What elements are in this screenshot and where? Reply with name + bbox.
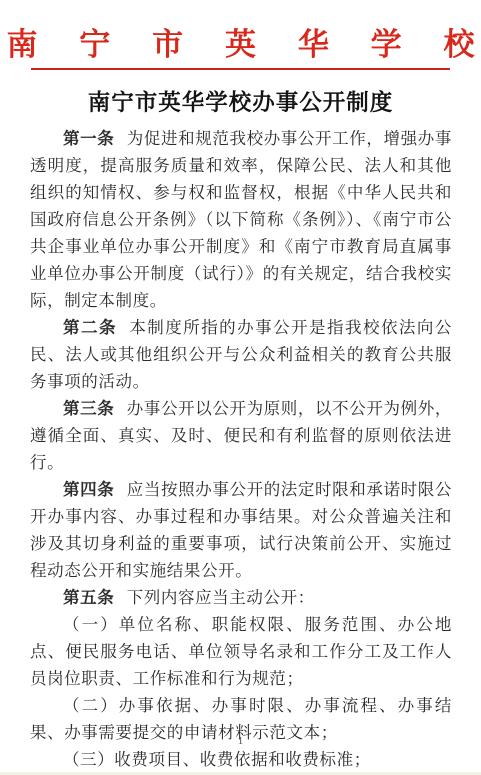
document-list-item-3: （三）收费项目、收费依据和收费标准； [30, 746, 452, 773]
document-paragraph-article-5: 第五条下列内容应当主动公开： [30, 584, 452, 611]
document-paragraph-article-2: 第二条本制度所指的办事公开是指我校依法向公民、法人或其他组织公开与公众利益相关的… [30, 314, 452, 395]
page-number: 1 [0, 735, 481, 747]
article-number-label: 第四条 [63, 480, 114, 499]
paragraph-text: （一）单位名称、职能权限、服务范围、办公地点、便民服务电话、单位领导名录和工作分… [30, 615, 452, 688]
article-number-label: 第三条 [63, 399, 114, 418]
document-page: 南 宁 市 英 华 学 校 南宁市英华学校办事公开制度 第一条为促进和规范我校办… [0, 0, 481, 775]
letterhead-divider-rule [31, 68, 450, 70]
document-paragraph-article-4: 第四条应当按照办事公开的法定时限和承诺时限公开办事内容、办事过程和办事结果。对公… [30, 476, 452, 584]
school-name-heading: 南 宁 市 英 华 学 校 [6, 27, 481, 63]
article-number-label: 第五条 [63, 588, 114, 607]
article-number-label: 第一条 [63, 129, 114, 148]
paragraph-text: 为促进和规范我校办事公开工作，增强办事透明度，提高服务质量和效率，保障公民、法人… [30, 129, 452, 310]
paragraph-text: 下列内容应当主动公开： [127, 588, 315, 607]
letterhead: 南 宁 市 英 华 学 校 [0, 0, 481, 70]
document-body: 第一条为促进和规范我校办事公开工作，增强办事透明度，提高服务质量和效率，保障公民… [30, 125, 452, 773]
document-title: 南宁市英华学校办事公开制度 [0, 89, 481, 117]
document-paragraph-article-1: 第一条为促进和规范我校办事公开工作，增强办事透明度，提高服务质量和效率，保障公民… [30, 125, 452, 314]
article-number-label: 第二条 [63, 318, 117, 337]
document-list-item-1: （一）单位名称、职能权限、服务范围、办公地点、便民服务电话、单位领导名录和工作分… [30, 611, 452, 692]
document-paragraph-article-3: 第三条办事公开以公开为原则，以不公开为例外，遵循全面、真实、及时、便民和有利监督… [30, 395, 452, 476]
paragraph-text: （三）收费项目、收费依据和收费标准； [63, 750, 371, 769]
